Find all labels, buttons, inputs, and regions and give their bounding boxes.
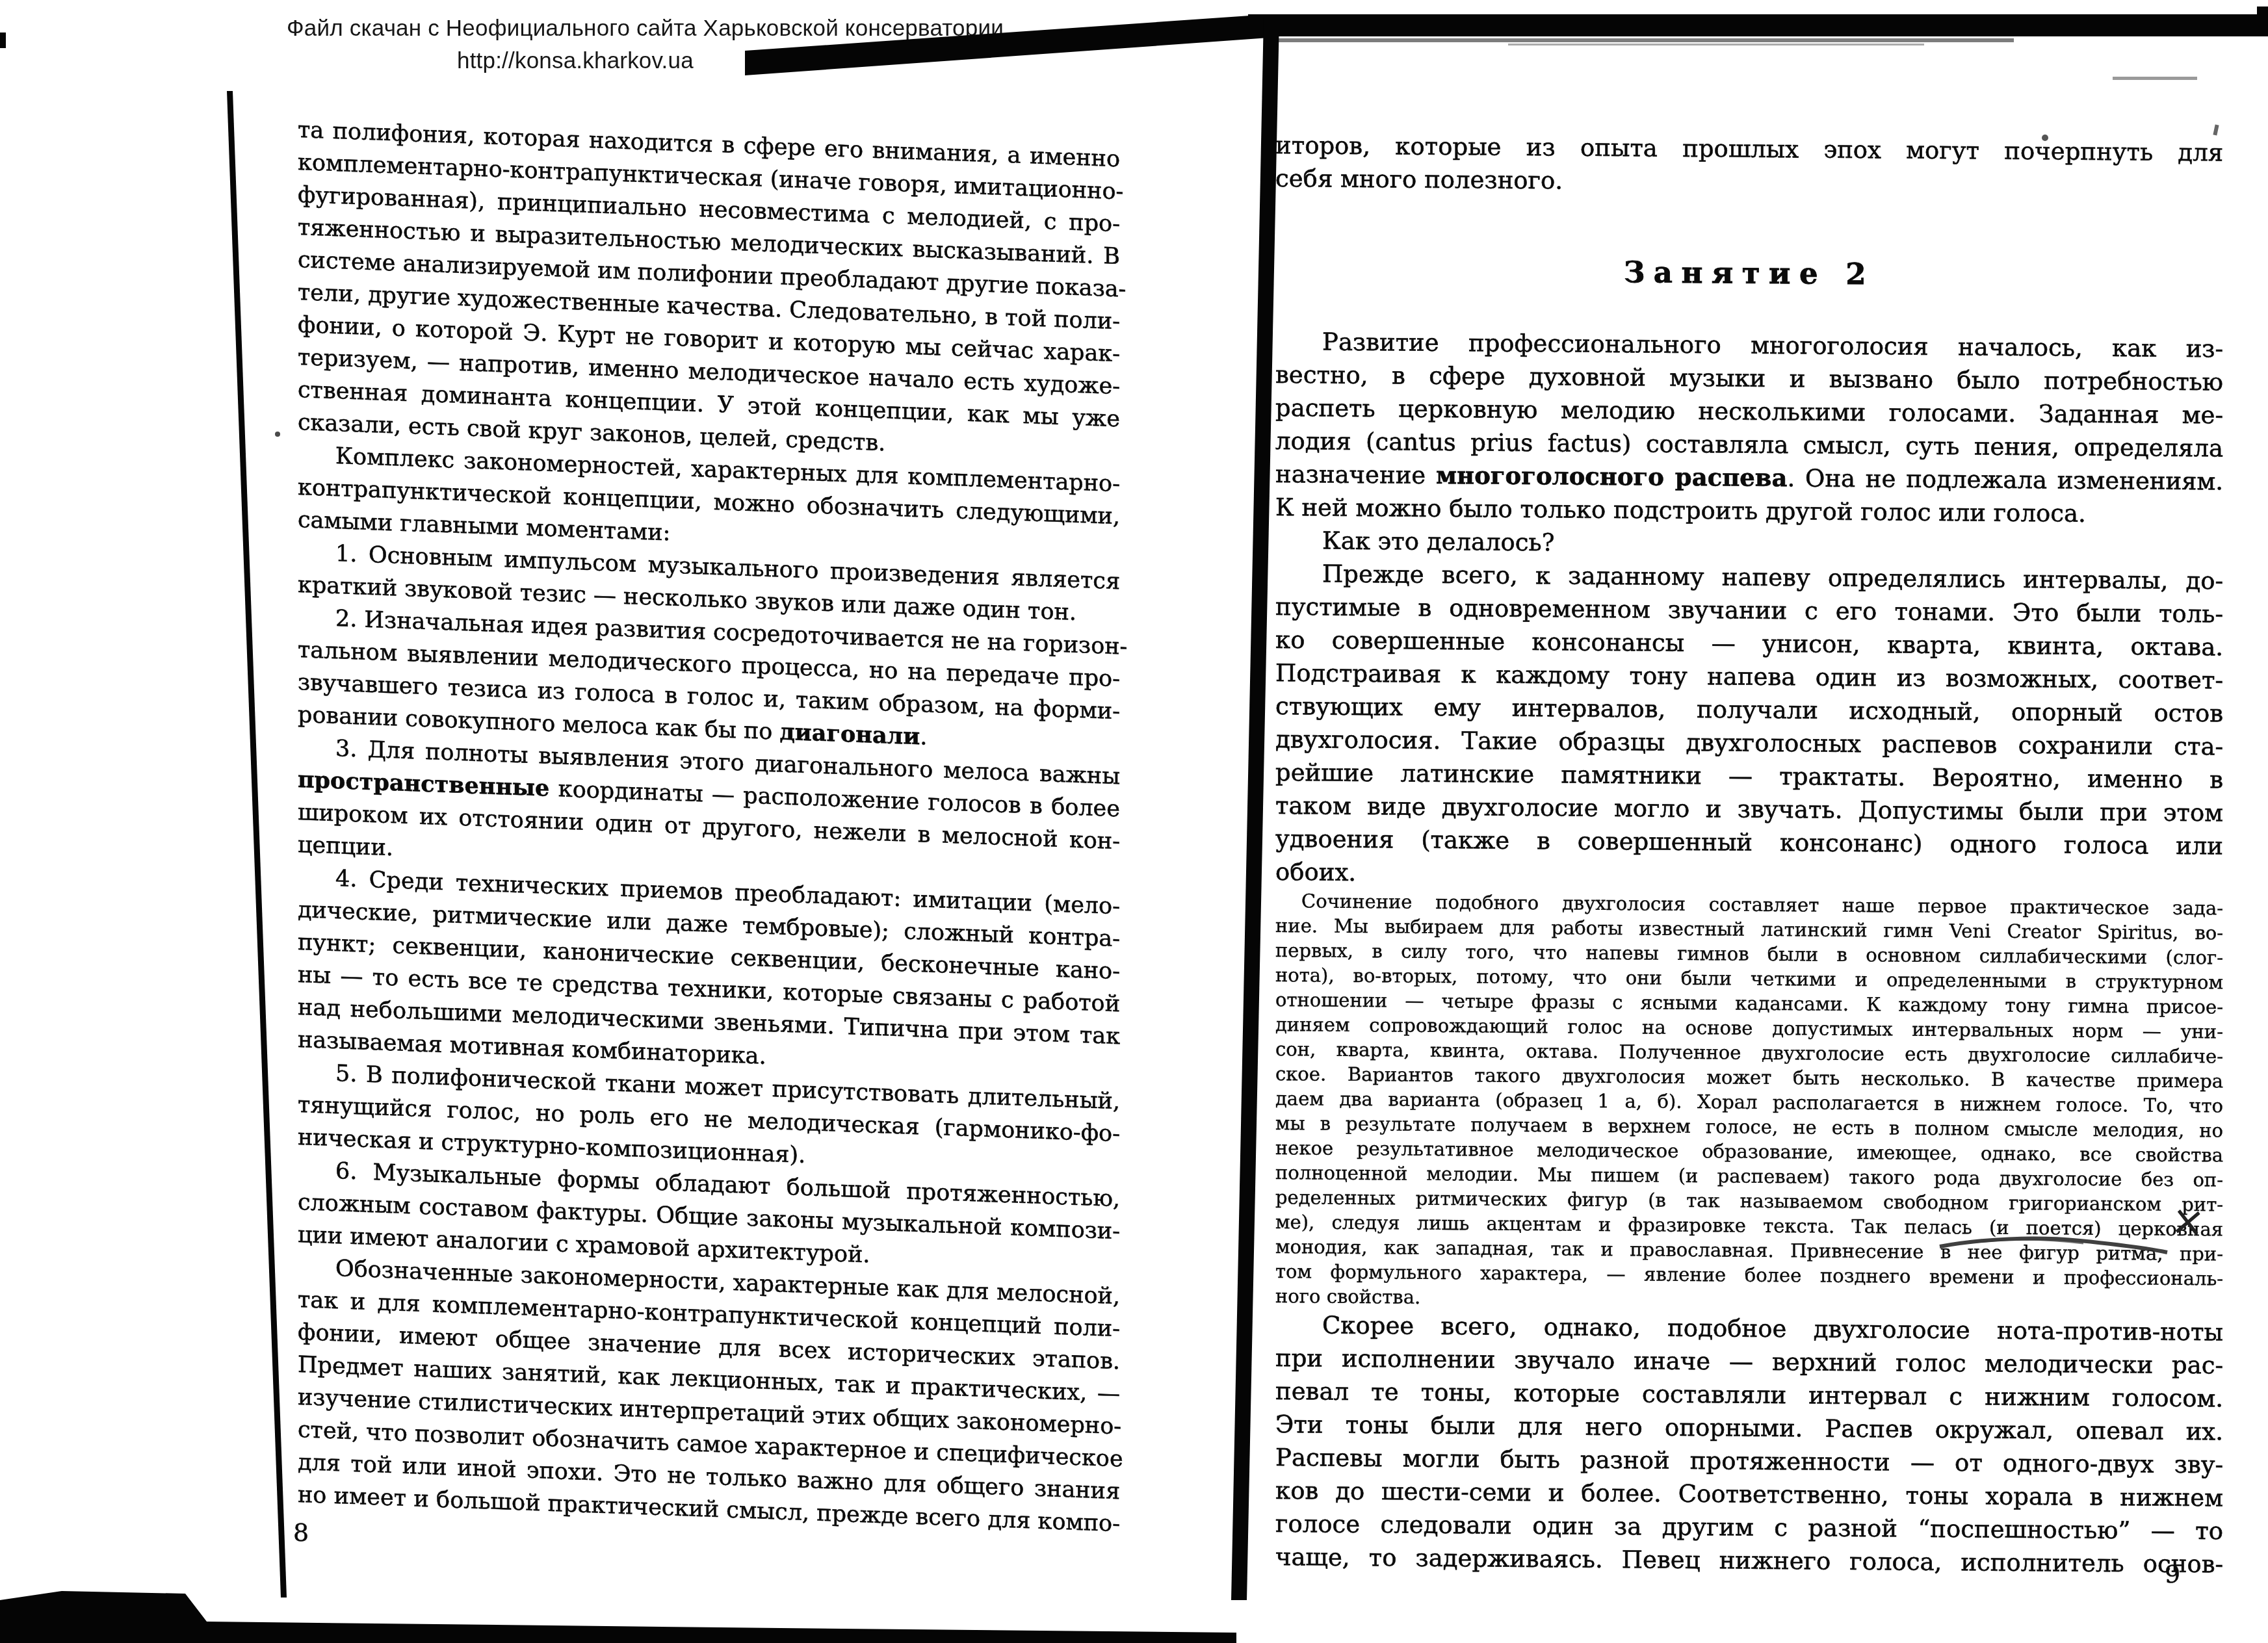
paragraph: Прежде всего, к заданному напеву определ… [1275,557,2223,896]
scan-streak-3 [2113,77,2197,80]
scan-corner-mark-top-right [2257,6,2268,21]
paragraph: та полифония, которая находится в сфере … [298,114,1120,468]
scanned-book-spread: { "header": { "line1": "Файл скачан с Не… [0,0,2268,1643]
page-number-left: 8 [293,1518,309,1547]
header-note-line1: Файл скачан с Неофициального сайта Харьк… [287,16,1004,42]
paragraph: Обозначенные закономерности, характерные… [298,1251,1120,1540]
scan-bottom-black [0,1591,1236,1643]
section-heading: Занятие 2 [1275,251,2223,296]
page-number-right: 9 [2165,1560,2180,1588]
left-page-text: та полифония, которая находится в сфере … [298,114,1120,1540]
paragraph: Развитие профессионального многоголосия … [1275,325,2223,531]
scan-streak-2 [1508,44,1924,45]
paragraph: Сочинение подобного двухголосия составля… [1275,888,2223,1315]
right-page-text: иторов, которые из опыта прошлых эпох мо… [1275,129,2223,1581]
scan-gutter-bar [1231,17,1279,1600]
scan-speck-3 [275,432,280,437]
header-note-url: http://konsa.kharkov.ua [457,48,694,74]
text-line: чаще, то задерживаясь. Певец нижнего гол… [1275,1540,2223,1581]
paragraph: 4. Среди технических приемов преобладают… [298,861,1120,1085]
handwritten-x-icon: × [2169,1195,2208,1248]
scan-streak-1 [1273,38,2014,42]
paragraph: Скорее всего, однако, подобное двухголос… [1275,1308,2223,1581]
scan-corner-mark-top-left [0,32,6,48]
scan-speck-2 [2213,125,2219,136]
scan-bar-top-right [1248,14,2268,36]
paragraph: иторов, которые из опыта прошлых эпох мо… [1275,129,2223,202]
scan-edge-left-line [227,91,287,1598]
